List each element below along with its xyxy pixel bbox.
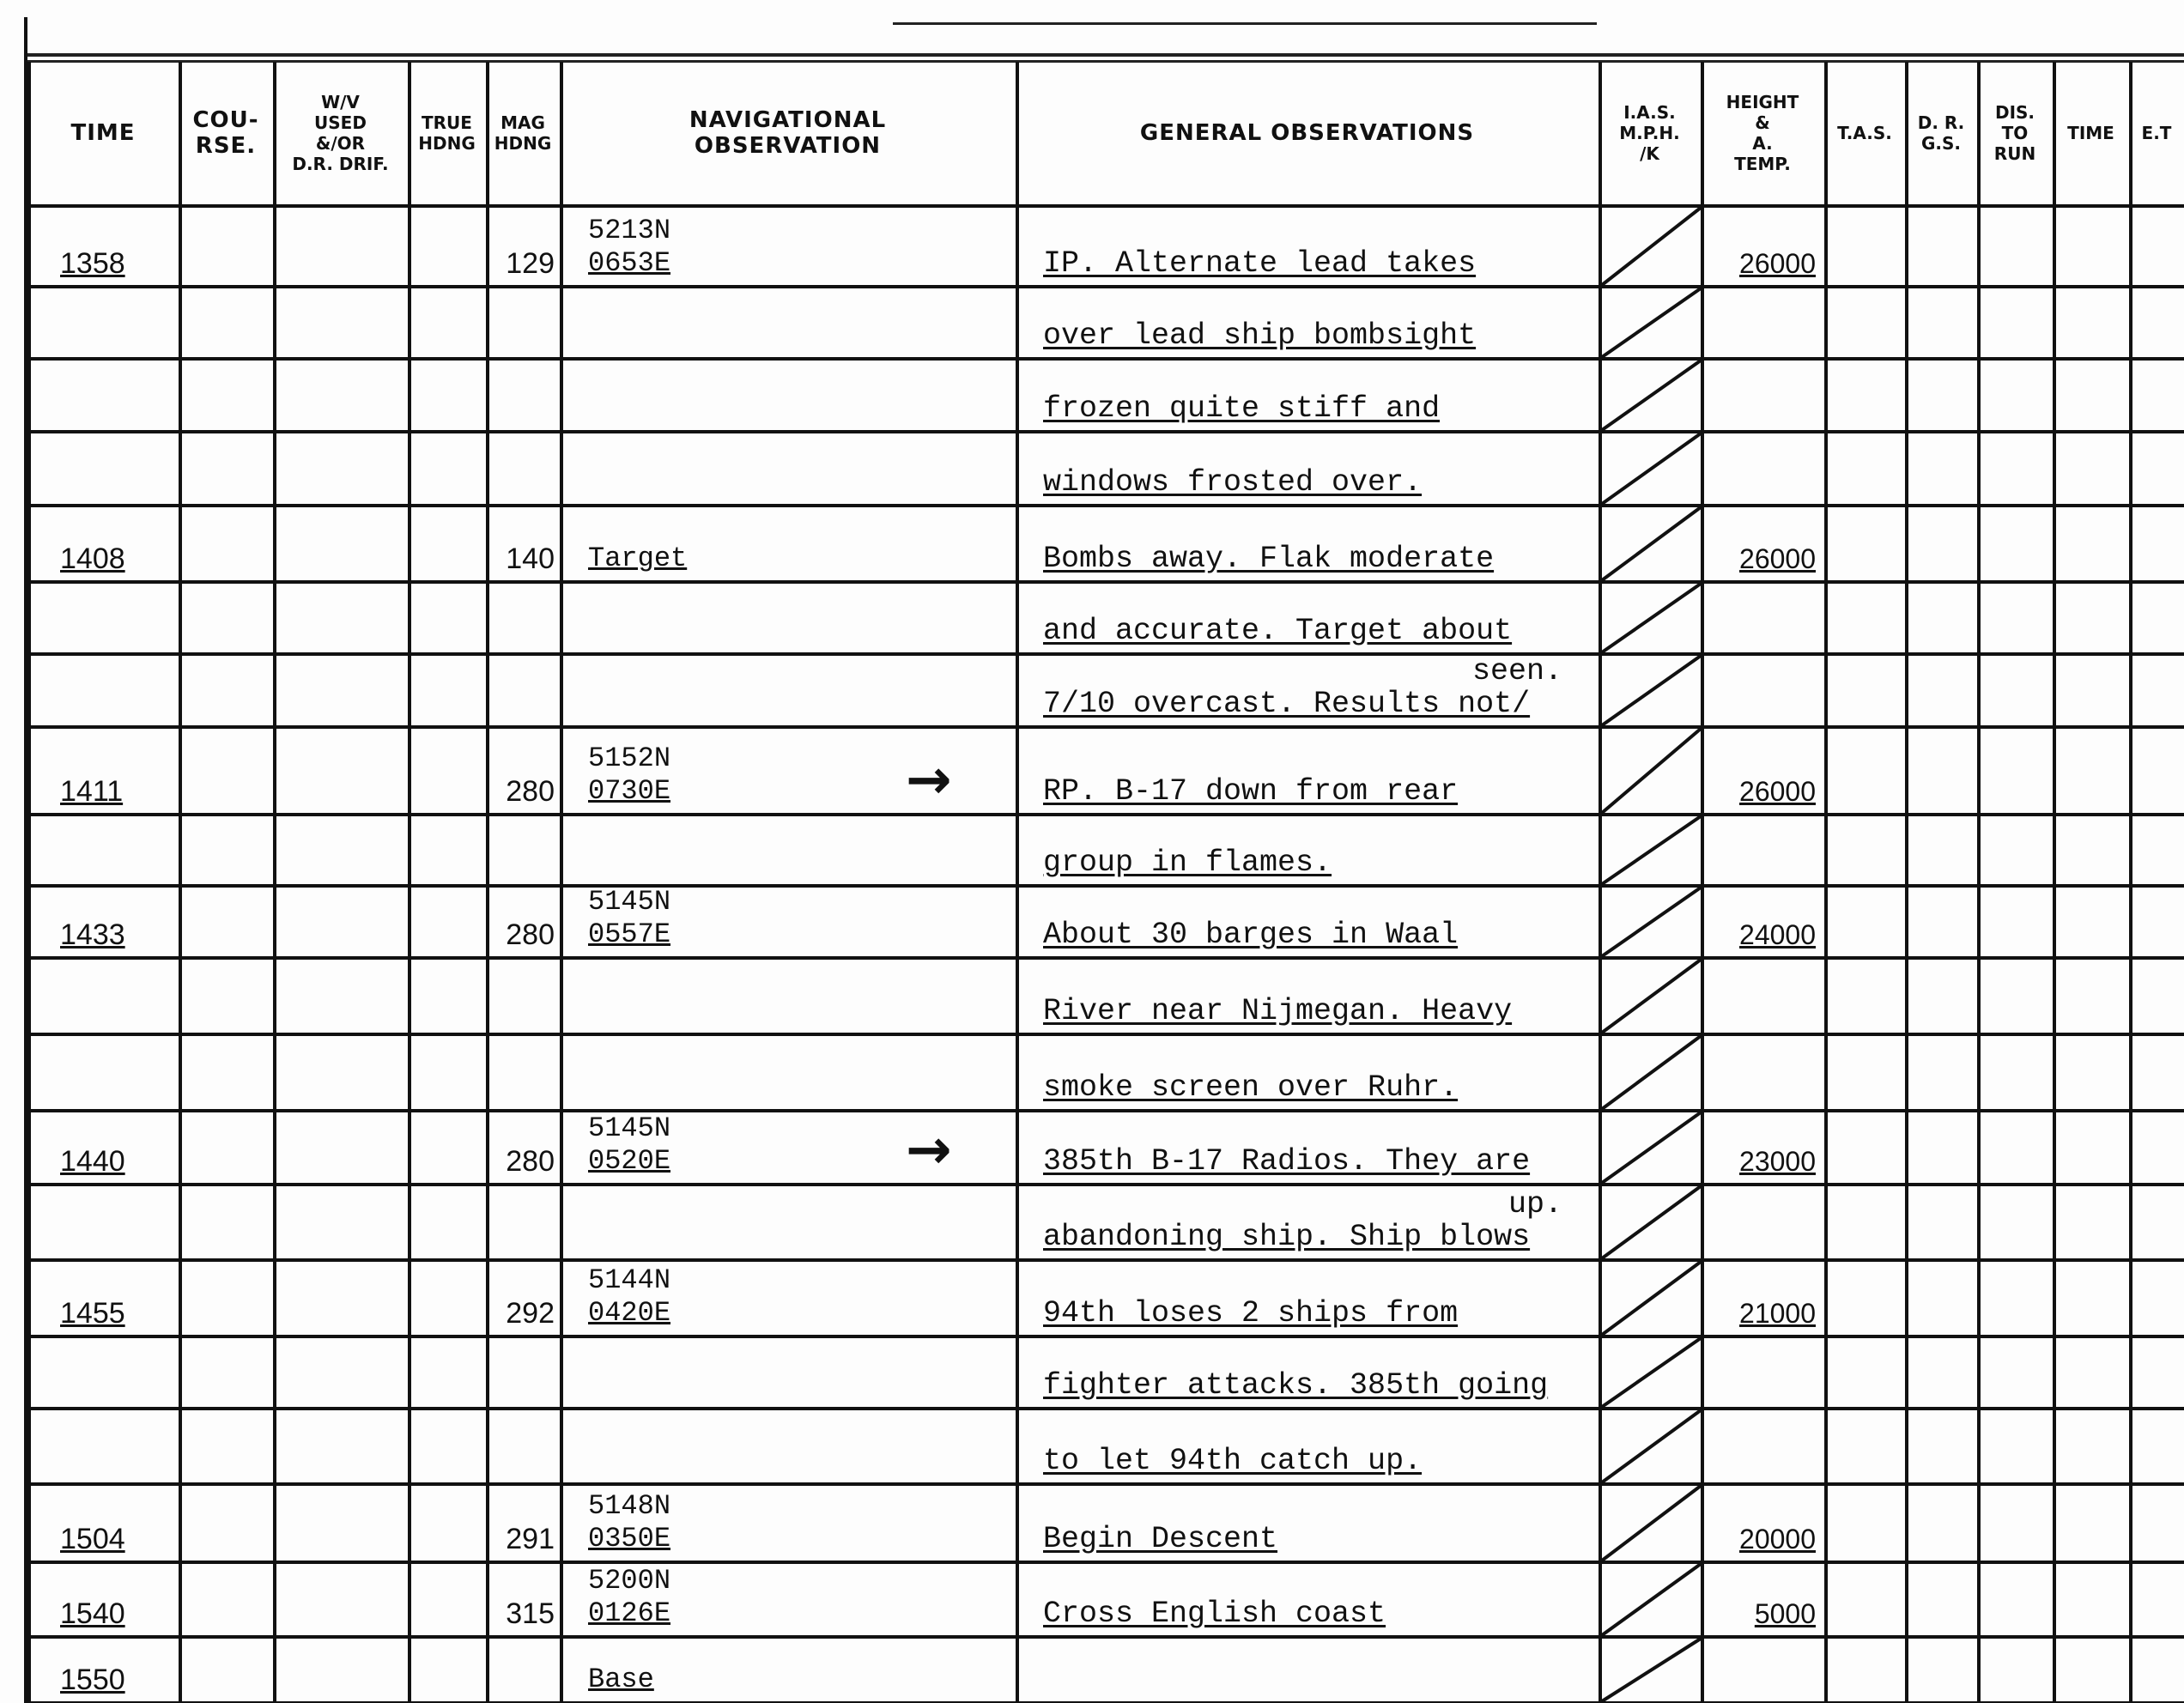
ias-diagonal-slash [1600,359,1702,432]
row-divider [27,1635,2184,1639]
general-observation: windows frosted over. [1043,466,1422,499]
row-divider [27,725,2184,729]
column-header-course: COU-RSE. [179,62,273,204]
column-header-wv: W/VUSED&/ORD.R. DRIF. [273,62,408,204]
ias-diagonal-slash [1600,1409,1702,1484]
column-divider [2129,62,2132,1703]
column-header-tas: T.A.S. [1824,62,1905,204]
column-divider [1905,62,1908,1703]
row-divider [27,884,2184,888]
row-divider [27,1335,2184,1338]
column-divider [2053,62,2056,1703]
navigational-observation: 5145N0557E [588,886,670,951]
column-divider [1977,62,1981,1703]
row-divider [27,1561,2184,1564]
row-divider [27,357,2184,361]
ias-diagonal-slash [1600,1484,1702,1562]
general-observation: and accurate. Target about [1043,615,1512,647]
column-divider [408,62,411,1703]
magnetic-heading: 129 [486,247,555,280]
row-divider [27,285,2184,288]
log-time: 1358 [60,247,125,280]
column-header-dr_gs: D. R.G.S. [1905,62,1977,204]
height-value: 26000 [1708,247,1816,280]
height-value: 26000 [1708,775,1816,808]
general-observation: Begin Descent [1043,1523,1277,1555]
column-header-eta: E.T [2129,62,2184,204]
ias-diagonal-slash [1600,815,1702,886]
column-header-true_hdg: TRUEHDNG [408,62,486,204]
ias-diagonal-slash [1600,654,1702,727]
height-value: 24000 [1708,918,1816,951]
height-value: 23000 [1708,1145,1816,1178]
general-observation: River near Nijmegan. Heavy [1043,995,1512,1027]
log-time: 1411 [60,775,123,808]
navigational-observation: 5213N0653E [588,215,670,280]
log-time: 1440 [60,1145,125,1178]
ias-diagonal-slash [1600,1111,1702,1185]
column-divider [1824,62,1828,1703]
form-top-rule [893,22,1597,25]
ias-diagonal-slash [1600,1336,1702,1409]
magnetic-heading: 280 [486,775,555,808]
navigational-observation: Base [588,1664,654,1696]
row-divider [27,956,2184,960]
navigational-observation: 5148N0350E [588,1490,670,1555]
ias-diagonal-slash [1600,886,1702,958]
column-divider [179,62,182,1703]
general-observation: RP. B-17 down from rear [1043,775,1458,808]
general-observation: 7/10 overcast. Results not/ [1043,688,1530,720]
column-divider [486,62,489,1703]
log-time: 1455 [60,1297,125,1330]
general-observation: IP. Alternate lead takes [1043,247,1476,280]
magnetic-heading: 280 [486,918,555,951]
general-observation: About 30 barges in Waal [1043,918,1458,951]
log-time: 1408 [60,542,125,575]
general-observation-continuation: up. [1022,1188,1562,1221]
general-observation: abandoning ship. Ship blows [1043,1221,1530,1253]
general-observation: frozen quite stiff and [1043,392,1440,425]
ias-diagonal-slash [1600,1185,1702,1260]
magnetic-heading: 291 [486,1523,555,1555]
form-header-rule [27,53,2184,57]
row-divider [27,1407,2184,1410]
ias-diagonal-slash [1600,206,1702,287]
column-divider [560,62,563,1703]
navigational-observation: Target [588,542,687,575]
log-time: 1540 [60,1597,125,1630]
column-header-ias: I.A.S.M.P.H./K [1599,62,1701,204]
row-divider [27,1033,2184,1036]
ias-diagonal-slash [1600,1562,1702,1637]
ias-diagonal-slash [1600,1034,1702,1111]
row-divider [27,204,2184,208]
ias-diagonal-slash [1600,1260,1702,1336]
column-header-time2: TIME [2053,62,2129,204]
navigational-observation: 5144N0420E [588,1264,670,1330]
log-time: 1504 [60,1523,125,1555]
navigator-log-sheet: TIMECOU-RSE.W/VUSED&/ORD.R. DRIF.TRUEHDN… [0,0,2184,1703]
magnetic-heading: 280 [486,1145,555,1178]
row-divider [27,504,2184,507]
ias-diagonal-slash [1600,1637,1702,1703]
ias-diagonal-slash [1600,432,1702,506]
navigational-observation: 5145N0520E [588,1112,670,1178]
general-observation: to let 94th catch up. [1043,1445,1422,1477]
navigational-observation: 5152N0730E [588,742,670,808]
height-value: 26000 [1708,542,1816,575]
ias-diagonal-slash [1600,958,1702,1034]
column-header-gen_obs: GENERAL OBSERVATIONS [1016,62,1599,204]
column-header-height: HEIGHT&A.TEMP. [1701,62,1824,204]
ias-diagonal-slash [1600,727,1702,815]
row-divider [27,1258,2184,1262]
height-value: 21000 [1708,1297,1816,1330]
ias-diagonal-slash [1600,582,1702,654]
general-observation-continuation: seen. [1022,655,1562,688]
general-observation: smoke screen over Ruhr. [1043,1071,1458,1104]
column-divider [27,62,31,1703]
log-time: 1433 [60,918,125,951]
row-divider [27,1482,2184,1486]
column-divider [273,62,276,1703]
magnetic-heading: 140 [486,542,555,575]
column-header-mag_hdg: MAGHDNG [486,62,560,204]
row-divider [27,813,2184,816]
general-observation: 94th loses 2 ships from [1043,1297,1458,1330]
general-observation: Bombs away. Flak moderate [1043,542,1494,575]
arrow-icon: → [906,753,952,808]
magnetic-heading: 315 [486,1597,555,1630]
row-divider [27,430,2184,433]
log-time: 1550 [60,1664,125,1696]
column-header-time: TIME [27,62,179,204]
general-observation: Cross English coast [1043,1597,1386,1630]
row-divider [27,1109,2184,1112]
column-header-dist: DIS.TORUN [1977,62,2053,204]
general-observation: 385th B-17 Radios. They are [1043,1145,1530,1178]
column-divider [1016,62,1019,1703]
column-header-nav_obs: NAVIGATIONALOBSERVATION [560,62,1016,204]
ias-diagonal-slash [1600,287,1702,359]
row-divider [27,580,2184,584]
ias-diagonal-slash [1600,506,1702,582]
general-observation: fighter attacks. 385th going [1043,1369,1548,1402]
arrow-icon: → [906,1123,952,1178]
row-divider [27,1183,2184,1186]
general-observation: over lead ship bombsight [1043,319,1476,352]
general-observation: group in flames. [1043,846,1332,879]
navigational-observation: 5200N0126E [588,1565,670,1630]
height-value: 20000 [1708,1523,1816,1555]
height-value: 5000 [1708,1597,1816,1630]
magnetic-heading: 292 [486,1297,555,1330]
